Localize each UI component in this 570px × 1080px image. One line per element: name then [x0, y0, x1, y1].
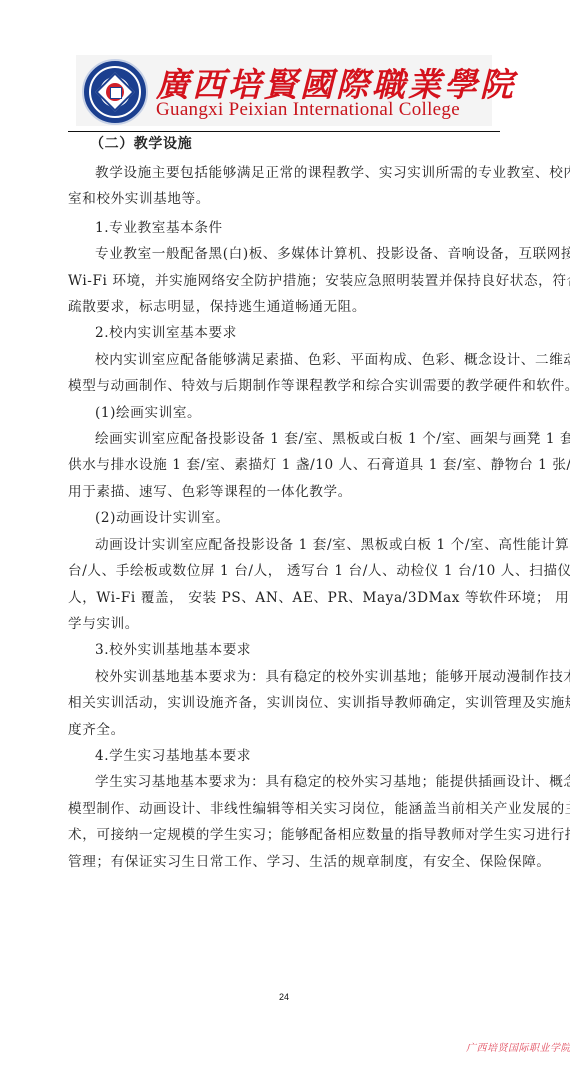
paragraph-line: 度齐全。 [68, 717, 502, 743]
paragraph-line: 术，可接纳一定规模的学生实习；能够配备相应数量的指导教师对学生实习进行指导和 [68, 822, 502, 848]
paragraph-line: 室和校外实训基地等。 [68, 186, 502, 212]
footer-watermark: 广西培贤国际职业学院 [466, 1039, 570, 1054]
subsection-title: 2.校内实训室基本要求 [68, 320, 502, 346]
paragraph-line: 绘画实训室应配备投影设备 1 套/室、黑板或白板 1 个/室、画架与画凳 1 套… [68, 426, 502, 452]
college-emblem-icon [82, 59, 148, 125]
paragraph-line: 疏散要求，标志明显，保持逃生通道畅通无阻。 [68, 294, 502, 320]
paragraph-line: 学与实训。 [68, 611, 502, 637]
section-heading: （二）教学设施 [68, 134, 502, 154]
document-body: （二）教学设施 教学设施主要包括能够满足正常的课程教学、实习实训所需的专业教室、… [68, 134, 502, 875]
paragraph-line: Wi-Fi 环境，并实施网络安全防护措施；安装应急照明装置并保持良好状态，符合紧… [68, 268, 502, 294]
paragraph-line: 管理；有保证实习生日常工作、学习、生活的规章制度，有安全、保险保障。 [68, 849, 502, 875]
subsection-title: 1.专业教室基本条件 [68, 215, 502, 241]
paragraph-line: 人，Wi-Fi 覆盖， 安装 PS、AN、AE、PR、Maya/3DMax 等软… [68, 585, 502, 611]
paragraph-line: 模型制作、动画设计、非线性编辑等相关实习岗位，能涵盖当前相关产业发展的主流技 [68, 796, 502, 822]
room-title: (1)绘画实训室。 [68, 400, 502, 426]
paragraph-line: 学生实习基地基本要求为：具有稳定的校外实习基地；能提供插画设计、概念设计、 [68, 769, 502, 795]
header-divider [68, 131, 500, 132]
paragraph-line: 校内实训室应配备能够满足素描、色彩、平面构成、色彩、概念设计、二维动画、 [68, 347, 502, 373]
subsection-title: 3.校外实训基地基本要求 [68, 637, 502, 663]
page-number: 24 [279, 992, 289, 1002]
college-name-english: Guangxi Peixian International College [156, 99, 460, 121]
paragraph-line: 相关实训活动，实训设施齐备，实训岗位、实训指导教师确定，实训管理及实施规章制 [68, 690, 502, 716]
room-title: (2)动画设计实训室。 [68, 505, 502, 531]
letterhead-banner: 廣西培賢國際職業學院 Guangxi Peixian International… [76, 55, 492, 126]
paragraph-line: 模型与动画制作、特效与后期制作等课程教学和综合实训需要的教学硬件和软件。 [68, 373, 502, 399]
paragraph-line: 供水与排水设施 1 套/室、素描灯 1 盏/10 人、石膏道具 1 套/室、静物… [68, 452, 502, 478]
paragraph-line: 教学设施主要包括能够满足正常的课程教学、实习实训所需的专业教室、校内实训 [68, 160, 502, 186]
paragraph-line: 专业教室一般配备黑(白)板、多媒体计算机、投影设备、音响设备，互联网接入或 [68, 241, 502, 267]
paragraph-line: 用于素描、速写、色彩等课程的一体化教学。 [68, 479, 502, 505]
subsection-title: 4.学生实习基地基本要求 [68, 743, 502, 769]
paragraph-line: 动画设计实训室应配备投影设备 1 套/室、黑板或白板 1 个/室、高性能计算机 … [68, 532, 502, 558]
paragraph-line: 校外实训基地基本要求为：具有稳定的校外实训基地；能够开展动漫制作技术专业 [68, 664, 502, 690]
paragraph-line: 台/人、手绘板或数位屏 1 台/人， 透写台 1 台/人、动检仪 1 台/10 … [68, 558, 502, 584]
